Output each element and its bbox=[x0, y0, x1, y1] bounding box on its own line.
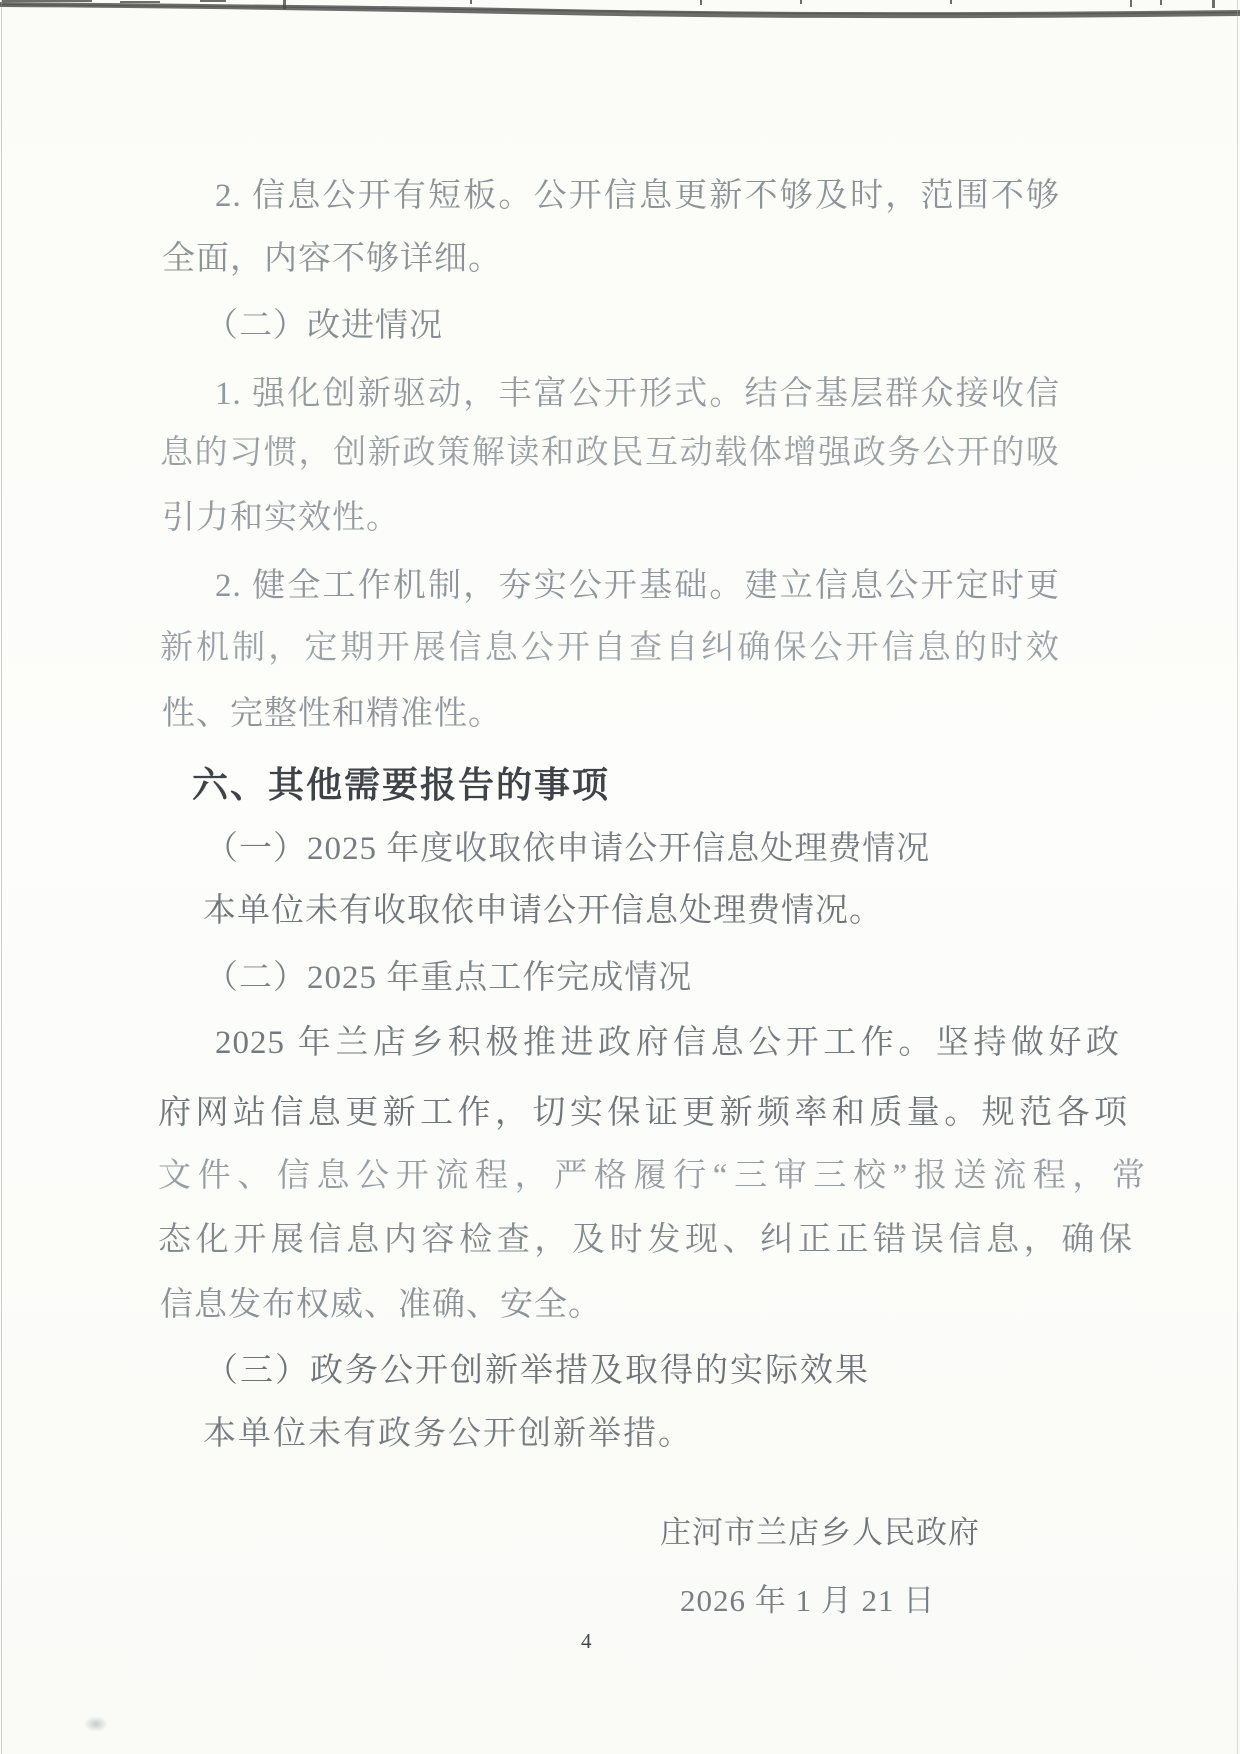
subsection-heading: （三）政务公开创新举措及取得的实际效果 bbox=[205, 1348, 870, 1394]
body-line: 府网站信息更新工作，切实保证更新频率和质量。规范各项 bbox=[158, 1090, 1128, 1136]
scanner-edge-artifact bbox=[0, 0, 1240, 56]
signature-org: 庄河市兰店乡人民政府 bbox=[660, 1510, 980, 1556]
scan-right-edge-line bbox=[1237, 0, 1238, 1754]
body-line: 文件、信息公开流程，严格履行“三审三校”报送流程，常 bbox=[158, 1153, 1146, 1199]
body-line: 2. 信息公开有短板。公开信息更新不够及时，范围不够 bbox=[215, 173, 1060, 219]
body-line: 本单位未有政务公开创新举措。 bbox=[203, 1411, 693, 1457]
body-line: 本单位未有收取依申请公开信息处理费情况。 bbox=[203, 888, 883, 934]
body-line: 信息发布权威、准确、安全。 bbox=[160, 1282, 602, 1328]
subsection-heading: （二）改进情况 bbox=[205, 303, 443, 349]
body-line: 息的习惯，创新政策解读和政民互动载体增强政务公开的吸 bbox=[160, 430, 1060, 476]
scan-smudge bbox=[84, 1716, 108, 1732]
section-heading: 六、其他需要报告的事项 bbox=[192, 762, 610, 808]
scan-left-edge-line bbox=[1, 0, 2, 1754]
body-line: 2025 年兰店乡积极推进政府信息公开工作。坚持做好政 bbox=[215, 1020, 1120, 1066]
subsection-heading: （二）2025 年重点工作完成情况 bbox=[205, 955, 692, 1001]
body-line: 2. 健全工作机制，夯实公开基础。建立信息公开定时更 bbox=[215, 563, 1060, 609]
signature-date: 2026 年 1 月 21 日 bbox=[680, 1578, 935, 1624]
body-line: 引力和实效性。 bbox=[162, 495, 400, 541]
body-line: 态化开展信息内容检查，及时发现、纠正正错误信息，确保 bbox=[158, 1217, 1133, 1263]
page-number: 4 bbox=[581, 1618, 593, 1664]
body-line: 性、完整性和精准性。 bbox=[162, 691, 502, 737]
scanned-page: 2. 信息公开有短板。公开信息更新不够及时，范围不够全面，内容不够详细。（二）改… bbox=[0, 0, 1240, 1754]
subsection-heading: （一）2025 年度收取依申请公开信息处理费情况 bbox=[205, 826, 930, 872]
body-line: 全面，内容不够详细。 bbox=[162, 236, 502, 282]
body-line: 新机制，定期开展信息公开自查自纠确保公开信息的时效 bbox=[160, 625, 1060, 671]
body-line: 1. 强化创新驱动，丰富公开形式。结合基层群众接收信 bbox=[215, 371, 1060, 417]
